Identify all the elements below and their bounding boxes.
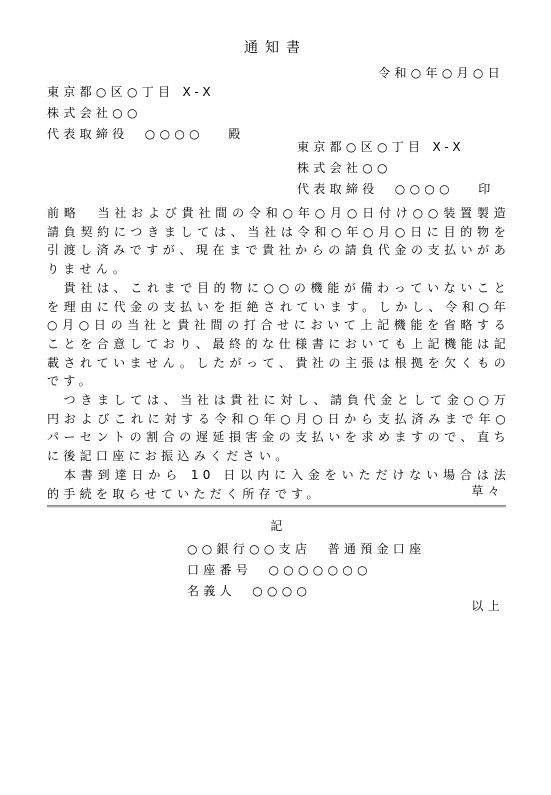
notice-document: 通知書 令和○年○月○日 東京都○区○丁目 X-X 株式会社○○ 代表取締役 ○…	[0, 0, 551, 795]
account-number-line: 口座番号 ○○○○○○○	[187, 560, 425, 581]
ki-heading: 記	[47, 516, 510, 537]
recipient-company: 株式会社○○	[47, 103, 245, 124]
body-text: 前略 当社および貴社間の令和○年○月○日付け○○装置製造請負契約につきましては、…	[47, 204, 510, 503]
end-word: 以上	[47, 596, 510, 617]
bank-details-block: ○○銀行○○支店 普通預金口座 口座番号 ○○○○○○○ 名義人 ○○○○	[187, 539, 425, 601]
bank-branch-line: ○○銀行○○支店 普通預金口座	[187, 539, 425, 560]
document-title: 通知書	[0, 38, 551, 59]
recipient-block: 東京都○区○丁目 X-X 株式会社○○ 代表取締役 ○○○○ 殿	[47, 82, 245, 144]
body-paragraph-2: 貴社は、これまで目的物に○○の機能が備わっていないことを理由に代金の支払いを拒絶…	[47, 279, 510, 391]
sender-block: 東京都○区○丁目 X-X 株式会社○○ 代表取締役 ○○○○ 印	[297, 137, 495, 199]
sender-company: 株式会社○○	[297, 158, 495, 179]
closing-word: 草々	[47, 481, 510, 502]
divider-line	[47, 505, 506, 508]
document-date: 令和○年○月○日	[47, 63, 510, 84]
sender-address: 東京都○区○丁目 X-X	[297, 137, 495, 158]
recipient-person: 代表取締役 ○○○○ 殿	[47, 124, 245, 145]
body-paragraph-1: 前略 当社および貴社間の令和○年○月○日付け○○装置製造請負契約につきましては、…	[47, 204, 510, 279]
recipient-address: 東京都○区○丁目 X-X	[47, 82, 245, 103]
sender-person: 代表取締役 ○○○○ 印	[297, 179, 495, 200]
body-paragraph-3: つきましては、当社は貴社に対し、請負代金として金○○万円およびこれに対する令和○…	[47, 391, 510, 466]
